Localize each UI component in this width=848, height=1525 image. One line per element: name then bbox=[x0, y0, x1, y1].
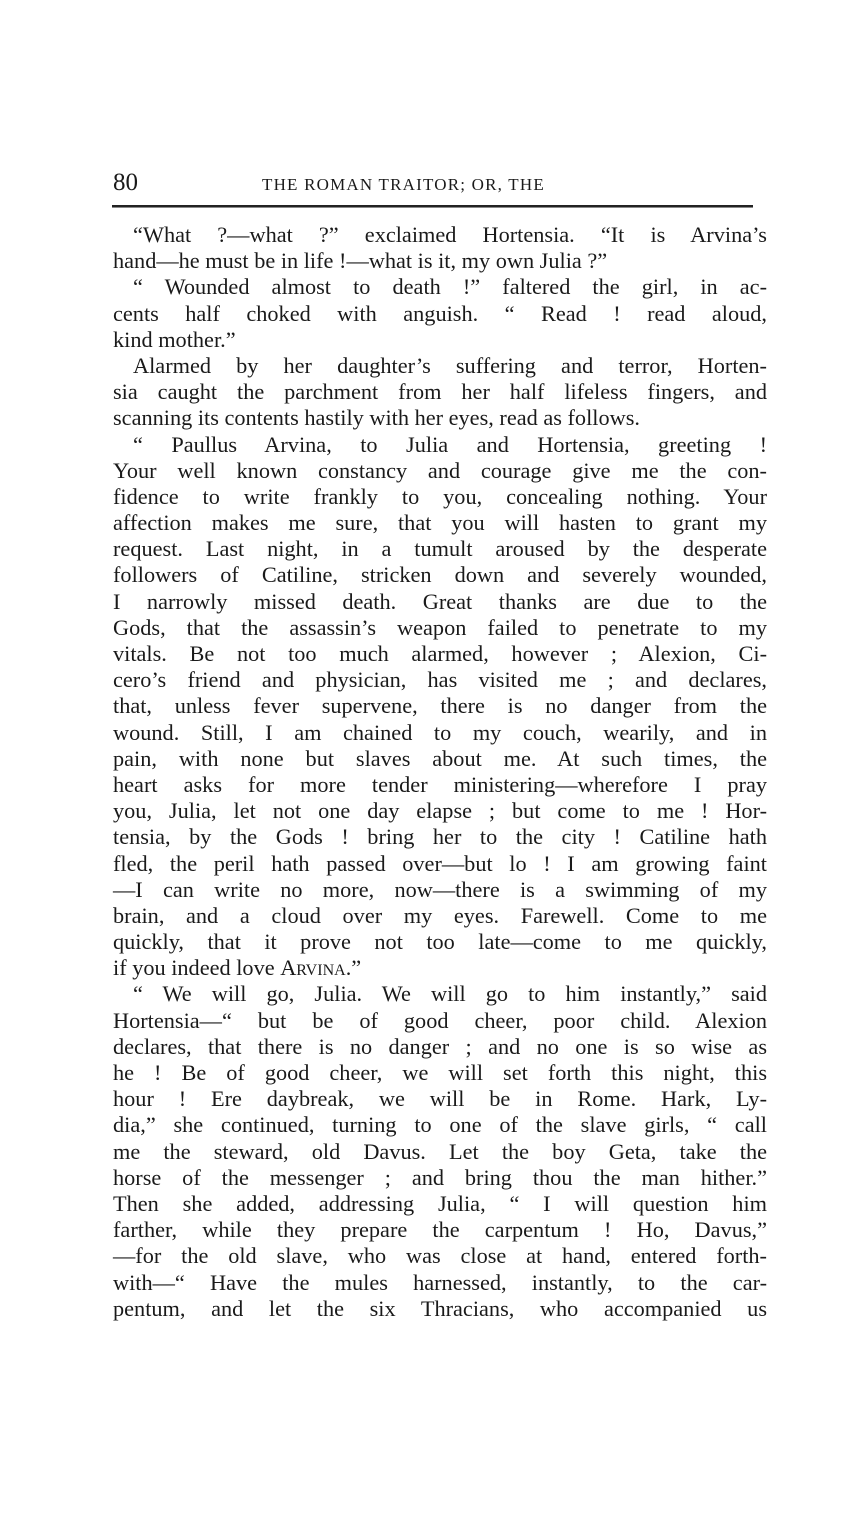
text-line: cero’s friend and physician, has visited… bbox=[113, 667, 767, 693]
text-line: tensia, by the Gods ! bring her to the c… bbox=[113, 824, 767, 850]
text-line: that, unless fever supervene, there is n… bbox=[113, 693, 767, 719]
text-line: declares, that there is no danger ; and … bbox=[113, 1034, 767, 1060]
text-line: affection makes me sure, that you will h… bbox=[113, 510, 767, 536]
header-rule bbox=[112, 205, 753, 208]
text-line: followers of Catiline, stricken down and… bbox=[113, 562, 767, 588]
text-line: dia,” she continued, turning to one of t… bbox=[113, 1112, 767, 1138]
text-line: fled, the peril hath passed over—but lo … bbox=[113, 851, 767, 877]
text-line: quickly, that it prove not too late—come… bbox=[113, 929, 767, 955]
text-line: if you indeed love Arvina.” bbox=[113, 955, 767, 981]
text-line: you, Julia, let not one day elapse ; but… bbox=[113, 798, 767, 824]
text-line: “ We will go, Julia. We will go to him i… bbox=[113, 981, 767, 1007]
text-line: “ Paullus Arvina, to Julia and Hortensia… bbox=[113, 432, 767, 458]
text-line: pentum, and let the six Thracians, who a… bbox=[113, 1296, 767, 1322]
text-line: Gods, that the assassin’s weapon failed … bbox=[113, 615, 767, 641]
text-line: wound. Still, I am chained to my couch, … bbox=[113, 720, 767, 746]
signature-name: Arvina bbox=[280, 955, 346, 980]
text-line: Alarmed by her daughter’s suffering and … bbox=[113, 353, 767, 379]
text-line: request. Last night, in a tumult aroused… bbox=[113, 536, 767, 562]
text-line: scanning its contents hastily with her e… bbox=[113, 405, 767, 431]
text-line: brain, and a cloud over my eyes. Farewel… bbox=[113, 903, 767, 929]
body-text: “What ?—what ?” exclaimed Hortensia. “It… bbox=[113, 222, 767, 1322]
text-line: pain, with none but slaves about me. At … bbox=[113, 746, 767, 772]
text-line: fidence to write frankly to you, conceal… bbox=[113, 484, 767, 510]
text-line: hand—he must be in life !—what is it, my… bbox=[113, 248, 767, 274]
text-line: with—“ Have the mules harnessed, instant… bbox=[113, 1270, 767, 1296]
text-line: I narrowly missed death. Great thanks ar… bbox=[113, 589, 767, 615]
text-line: he ! Be of good cheer, we will set forth… bbox=[113, 1060, 767, 1086]
text-line: hour ! Ere daybreak, we will be in Rome.… bbox=[113, 1086, 767, 1112]
running-title: THE ROMAN TRAITOR; OR, THE bbox=[262, 172, 545, 198]
text-line: Hortensia—“ but be of good cheer, poor c… bbox=[113, 1008, 767, 1034]
book-page: 80 THE ROMAN TRAITOR; OR, THE “What ?—wh… bbox=[113, 168, 767, 1322]
text-line: —I can write no more, now—there is a swi… bbox=[113, 877, 767, 903]
text-line: kind mother.” bbox=[113, 327, 767, 353]
text-line: sia caught the parchment from her half l… bbox=[113, 379, 767, 405]
text-segment: .” bbox=[346, 955, 361, 980]
text-line: “What ?—what ?” exclaimed Hortensia. “It… bbox=[113, 222, 767, 248]
text-line: farther, while they prepare the carpentu… bbox=[113, 1217, 767, 1243]
page-number: 80 bbox=[113, 168, 138, 198]
text-line: Then she added, addressing Julia, “ I wi… bbox=[113, 1191, 767, 1217]
text-line: —for the old slave, who was close at han… bbox=[113, 1243, 767, 1269]
text-segment: if you indeed love bbox=[113, 955, 280, 980]
running-head: 80 THE ROMAN TRAITOR; OR, THE bbox=[113, 168, 767, 198]
text-line: Your well known constancy and courage gi… bbox=[113, 458, 767, 484]
text-line: cents half choked with anguish. “ Read !… bbox=[113, 301, 767, 327]
text-line: “ Wounded almost to death !” faltered th… bbox=[113, 274, 767, 300]
text-line: me the steward, old Davus. Let the boy G… bbox=[113, 1139, 767, 1165]
text-line: vitals. Be not too much alarmed, however… bbox=[113, 641, 767, 667]
text-line: horse of the messenger ; and bring thou … bbox=[113, 1165, 767, 1191]
text-line: heart asks for more tender ministering—w… bbox=[113, 772, 767, 798]
